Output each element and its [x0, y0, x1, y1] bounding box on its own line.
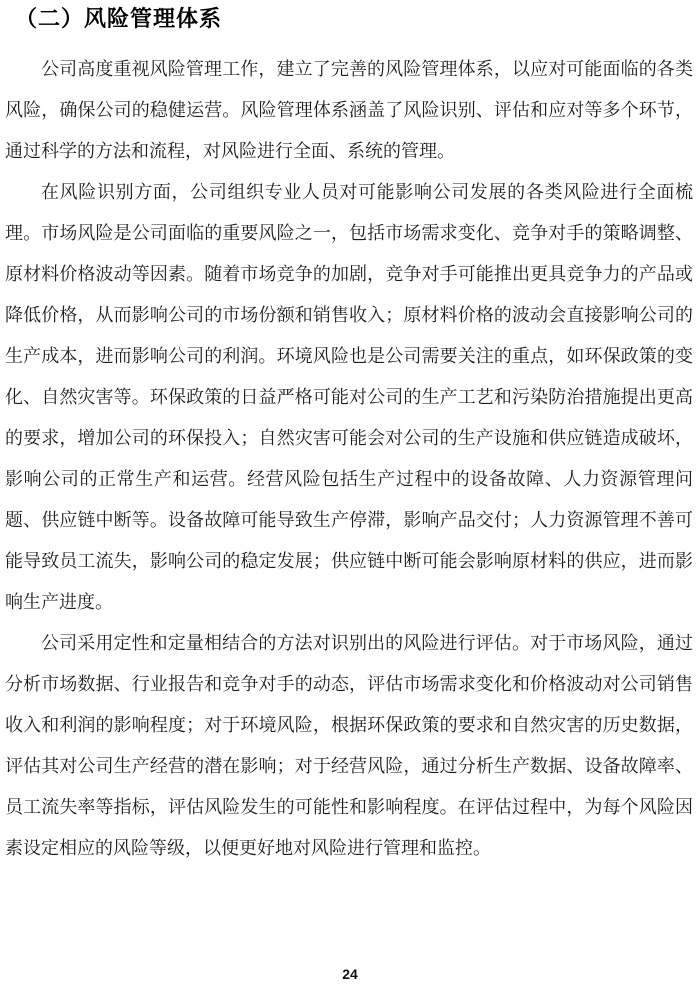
paragraph-risk-assessment: 公司采用定性和定量相结合的方法对识别出的风险进行评估。对于市场风险，通过分析市场…: [5, 623, 693, 869]
paragraph-risk-system-overview: 公司高度重视风险管理工作，建立了完善的风险管理体系，以应对可能面临的各类风险，确…: [5, 49, 693, 172]
document-page: （二）风险管理体系 公司高度重视风险管理工作，建立了完善的风险管理体系，以应对可…: [0, 0, 700, 989]
section-heading: （二）风险管理体系: [15, 5, 685, 33]
page-number: 24: [342, 966, 358, 982]
page-footer: 24: [0, 966, 700, 984]
document-body: 公司高度重视风险管理工作，建立了完善的风险管理体系，以应对可能面临的各类风险，确…: [5, 49, 693, 869]
paragraph-risk-identification: 在风险识别方面，公司组织专业人员对可能影响公司发展的各类风险进行全面梳理。市场风…: [5, 172, 693, 623]
